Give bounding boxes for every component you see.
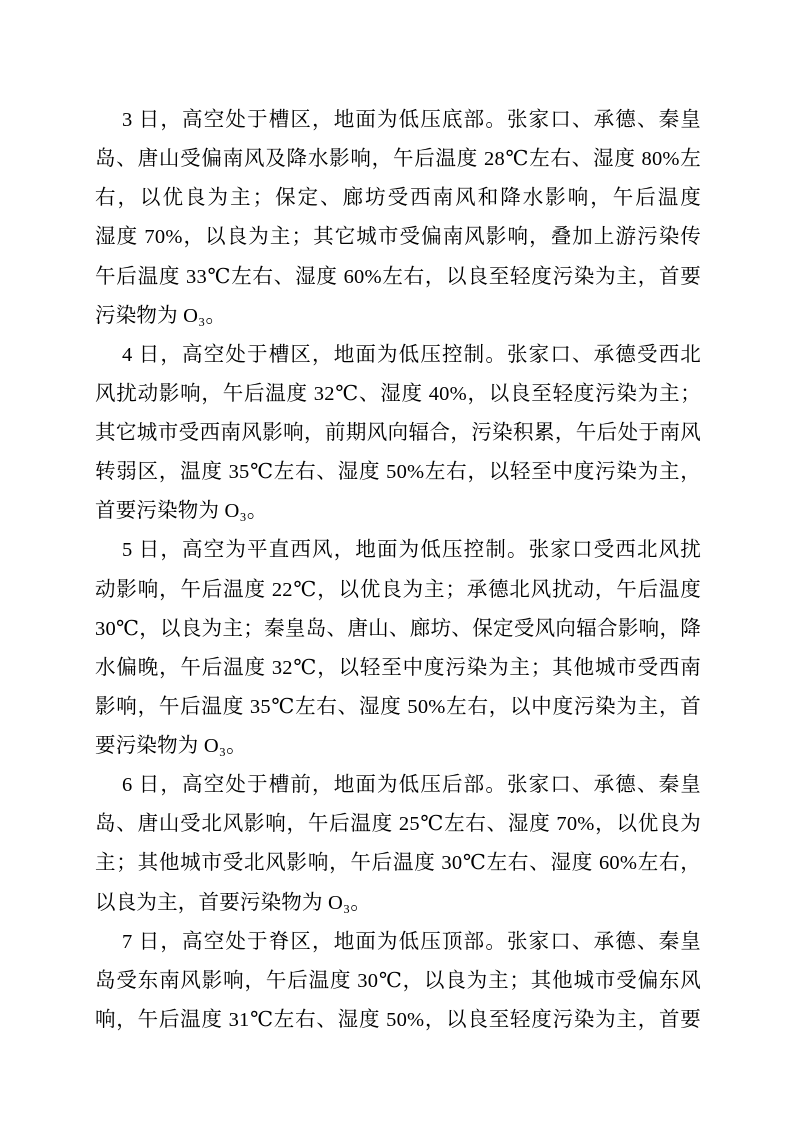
text-line: 7 日，高空处于脊区，地面为低压顶部。张家口、承德、秦皇 (95, 923, 701, 962)
paragraph-day-6-forecast: 6 日，高空处于槽前，地面为低压后部。张家口、承德、秦皇岛、唐山受北风影响，午后… (95, 766, 701, 923)
paragraph-day-4-forecast: 4 日，高空处于槽区，地面为低压控制。张家口、承德受西北风扰动影响，午后温度 3… (95, 336, 701, 532)
text-line: 5 日，高空为平直西风，地面为低压控制。张家口受西北风扰 (95, 531, 701, 570)
text-line: 6 日，高空处于槽前，地面为低压后部。张家口、承德、秦皇 (95, 766, 701, 805)
text-line: 水偏晚，午后温度 32℃，以轻至中度污染为主；其他城市受西南风 (95, 649, 701, 688)
text-line: 要污染物为 O₃。 (95, 727, 701, 766)
paragraph-day-3-forecast: 3 日，高空处于槽区，地面为低压底部。张家口、承德、秦皇岛、唐山受偏南风及降水影… (95, 101, 701, 336)
text-line: 午后温度 33℃左右、湿度 60%左右，以良至轻度污染为主，首要 (95, 258, 701, 297)
text-line: 污染物为 O₃。 (95, 297, 701, 336)
document-page: 3 日，高空处于槽区，地面为低压底部。张家口、承德、秦皇岛、唐山受偏南风及降水影… (0, 0, 793, 1122)
text-line: 以良为主，首要污染物为 O₃。 (95, 884, 701, 923)
text-line: 30℃，以良为主；秦皇岛、唐山、廊坊、保定受风向辐合影响，降 (95, 610, 701, 649)
text-line: 3 日，高空处于槽区，地面为低压底部。张家口、承德、秦皇 (95, 101, 701, 140)
text-line: 动影响，午后温度 22℃，以优良为主；承德北风扰动，午后温度 (95, 571, 701, 610)
text-line: 影响，午后温度 35℃左右、湿度 50%左右，以中度污染为主，首 (95, 688, 701, 727)
text-line: 响，午后温度 31℃左右、湿度 50%，以良至轻度污染为主，首要 (95, 1001, 701, 1040)
text-line: 主；其他城市受北风影响，午后温度 30℃左右、湿度 60%左右， (95, 844, 701, 883)
text-line: 岛、唐山受北风影响，午后温度 25℃左右、湿度 70%，以优良为 (95, 805, 701, 844)
text-line: 岛受东南风影响，午后温度 30℃，以良为主；其他城市受偏东风影 (95, 962, 701, 1001)
text-line: 首要污染物为 O₃。 (95, 492, 701, 531)
paragraph-day-7-forecast: 7 日，高空处于脊区，地面为低压顶部。张家口、承德、秦皇岛受东南风影响，午后温度… (95, 923, 701, 1040)
text-line: 风扰动影响，午后温度 32℃、湿度 40%，以良至轻度污染为主； (95, 375, 701, 414)
document-body: 3 日，高空处于槽区，地面为低压底部。张家口、承德、秦皇岛、唐山受偏南风及降水影… (95, 101, 701, 1040)
text-line: 湿度 70%，以良为主；其它城市受偏南风影响，叠加上游污染传输， (95, 218, 701, 257)
text-line: 右，以优良为主；保定、廊坊受西南风和降水影响，午后温度 30℃， (95, 179, 701, 218)
text-line: 岛、唐山受偏南风及降水影响，午后温度 28℃左右、湿度 80%左 (95, 140, 701, 179)
text-line: 4 日，高空处于槽区，地面为低压控制。张家口、承德受西北 (95, 336, 701, 375)
paragraph-day-5-forecast: 5 日，高空为平直西风，地面为低压控制。张家口受西北风扰动影响，午后温度 22℃… (95, 531, 701, 766)
text-line: 转弱区，温度 35℃左右、湿度 50%左右，以轻至中度污染为主， (95, 453, 701, 492)
text-line: 其它城市受西南风影响，前期风向辐合，污染积累，午后处于南风 (95, 414, 701, 453)
